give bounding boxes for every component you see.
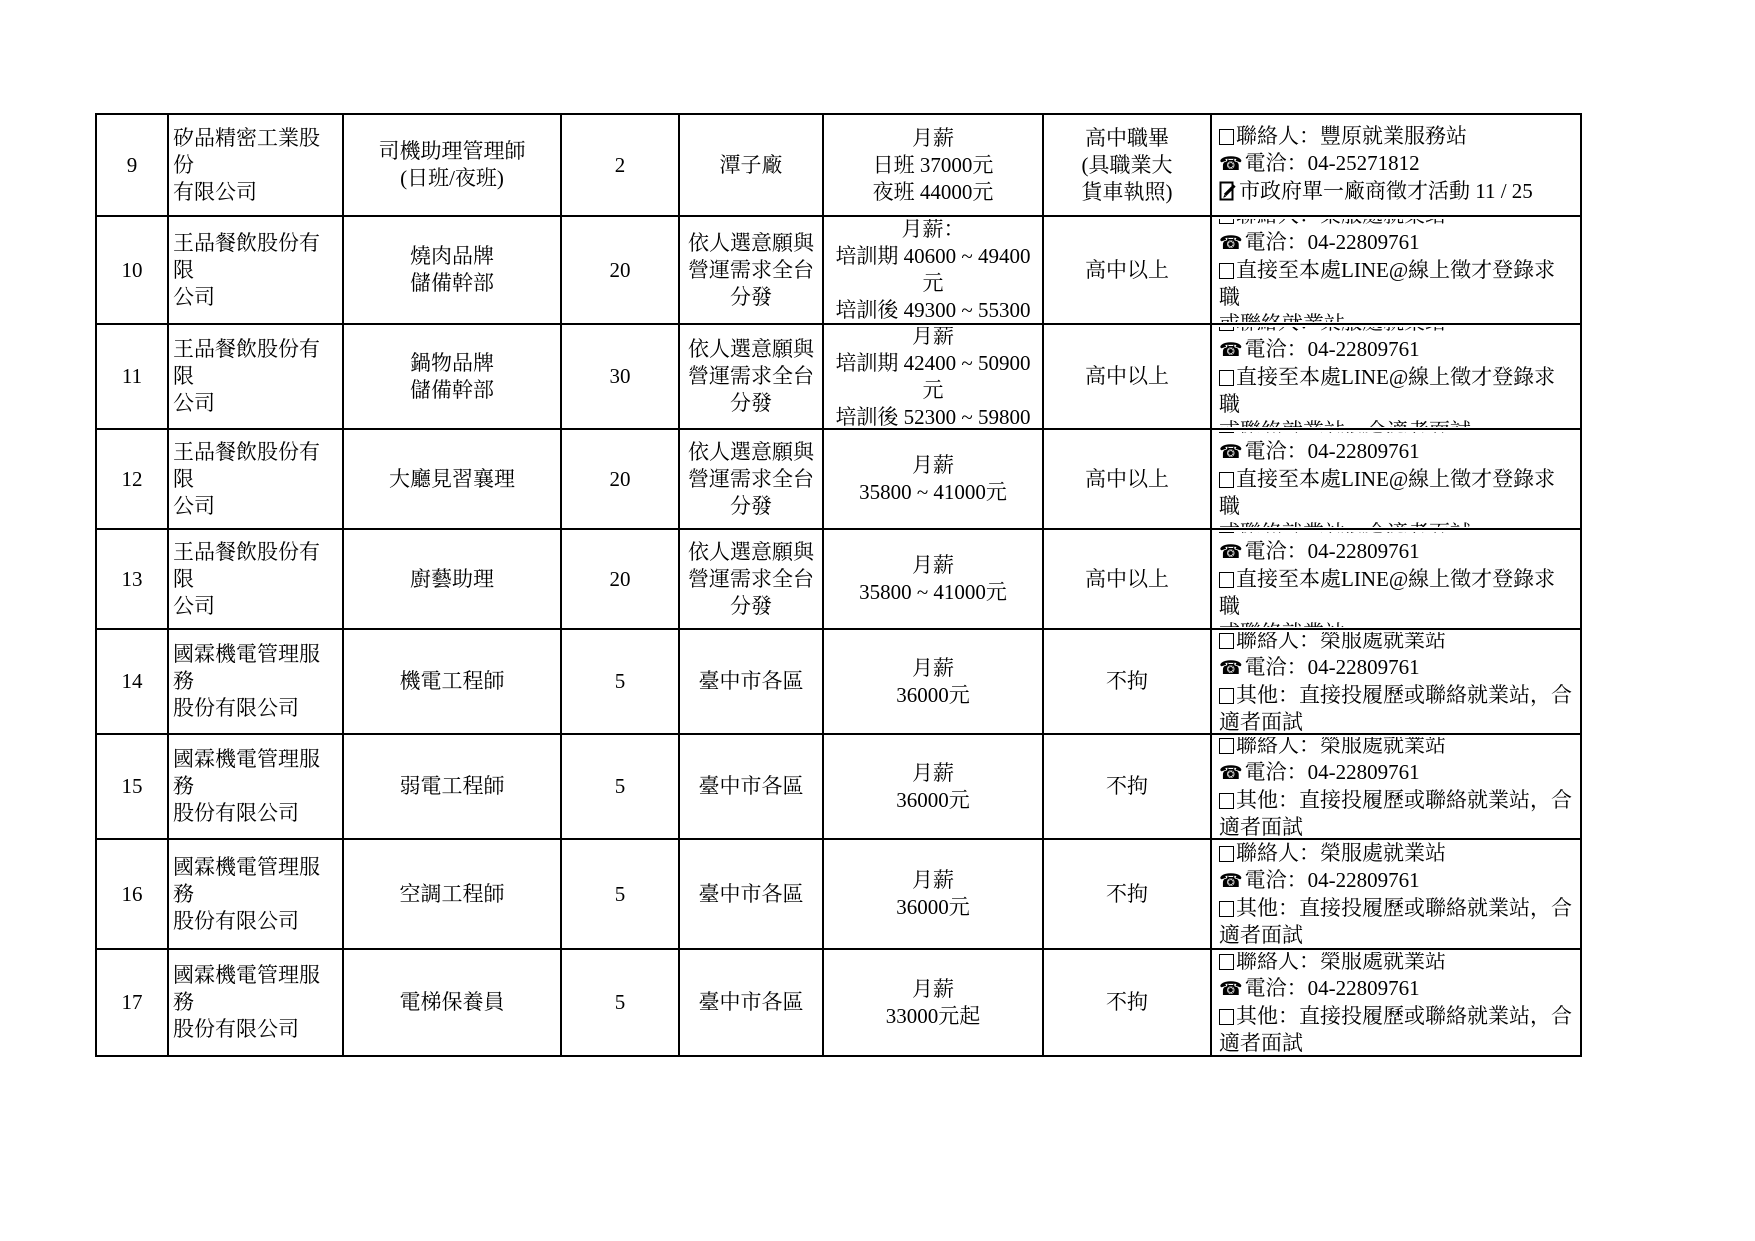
- cell-openings-count-text: 5: [615, 989, 626, 1016]
- cell-work-location: 臺中市各區: [679, 734, 823, 839]
- cell-salary-text: 月薪 36000元: [896, 760, 970, 814]
- contact-line: 聯絡人：榮服處就業站: [1219, 219, 1446, 230]
- contact-line-text: 聯絡人：榮服處就業站: [1236, 327, 1446, 334]
- table-row: 15國霖機電管理服務 股份有限公司弱電工程師5臺中市各區月薪 36000元不拘聯…: [96, 734, 1581, 839]
- contact-line: 聯絡人：榮服處就業站: [1219, 632, 1446, 655]
- contact-line-text: 市政府單一廠商徵才活動 11 / 25: [1239, 179, 1533, 203]
- cell-contact-info: 聯絡人：榮服處就業站☎電洽：04-22809761其他：直接投履歷或聯絡就業站，…: [1211, 629, 1581, 734]
- phone-icon: ☎: [1219, 541, 1243, 563]
- cell-salary-text: 月薪 36000元: [896, 655, 970, 709]
- cell-work-location-text: 臺中市各區: [699, 881, 804, 908]
- cell-salary: 月薪 培訓期 42400 ~ 50900 元 培訓後 52300 ~ 59800: [823, 324, 1043, 429]
- contact-line-text: 聯絡人：榮服處就業站: [1236, 219, 1446, 228]
- cell-work-location-text: 臺中市各區: [699, 668, 804, 695]
- checkbox-icon: [1219, 846, 1234, 862]
- table-row: 12王品餐飲股份有限 公司大廳見習襄理20依人選意願與 營運需求全台 分發月薪 …: [96, 429, 1581, 529]
- contact-line-text: 電洽：04-22809761: [1245, 760, 1420, 784]
- contact-line: 其他：直接投履歷或聯絡就業站，合 適者面試: [1219, 787, 1572, 837]
- checkbox-icon: [1219, 633, 1234, 649]
- phone-icon: ☎: [1219, 978, 1243, 1000]
- contact-line-text: 其他：直接投履歷或聯絡就業站，合 適者面試: [1219, 683, 1572, 732]
- cell-openings-count-text: 20: [610, 566, 631, 593]
- contact-line-text: 其他：直接投履歷或聯絡就業站，合 適者面試: [1219, 1004, 1572, 1054]
- contact-line: ☎電洽：04-22809761: [1219, 438, 1420, 466]
- cell-work-location-text: 潭子廠: [720, 152, 783, 179]
- cell-row-number-text: 16: [122, 881, 143, 908]
- cell-openings-count-text: 5: [615, 881, 626, 908]
- cell-contact-info: 聯絡人：榮服處就業站☎電洽：04-22809761其他：直接投履歷或聯絡就業站，…: [1211, 839, 1581, 949]
- contact-line: 直接至本處LINE@線上徵才登錄求職 或聯絡就業站。: [1219, 257, 1573, 322]
- cell-openings-count-text: 30: [610, 363, 631, 390]
- contact-line: 其他：直接投履歷或聯絡就業站，合 適者面試: [1219, 1003, 1572, 1054]
- contact-line: ☎電洽：04-25271812: [1219, 150, 1420, 178]
- cell-job-title: 司機助理管理師 (日班/夜班): [343, 114, 561, 216]
- cell-row-number: 12: [96, 429, 168, 529]
- contact-line-text: 電洽：04-22809761: [1245, 439, 1420, 463]
- contact-line: ☎電洽：04-22809761: [1219, 867, 1420, 895]
- cell-contact-info: 聯絡人：榮服處就業站☎電洽：04-22809761直接至本處LINE@線上徵才登…: [1211, 429, 1581, 529]
- contact-line-text: 直接至本處LINE@線上徵才登錄求職 或聯絡就業站，合適者面試: [1219, 365, 1555, 427]
- contact-line: ☎電洽：04-22809761: [1219, 654, 1420, 682]
- cell-education-requirement-text: 高中以上: [1085, 566, 1169, 593]
- cell-work-location: 依人選意願與 營運需求全台 分發: [679, 529, 823, 629]
- cell-company-name: 王品餐飲股份有限 公司: [168, 324, 343, 429]
- table-row: 13王品餐飲股份有限 公司廚藝助理20依人選意願與 營運需求全台 分發月薪 35…: [96, 529, 1581, 629]
- cell-salary: 月薪 36000元: [823, 839, 1043, 949]
- cell-row-number-text: 15: [122, 773, 143, 800]
- cell-salary: 月薪 日班 37000元 夜班 44000元: [823, 114, 1043, 216]
- contact-line-text: 電洽：04-22809761: [1245, 539, 1420, 563]
- contact-line-text: 其他：直接投履歷或聯絡就業站，合 適者面試: [1219, 896, 1572, 947]
- cell-education-requirement: 不拘: [1043, 629, 1211, 734]
- checkbox-icon: [1219, 954, 1234, 970]
- cell-job-title-text: 大廳見習襄理: [389, 466, 515, 493]
- contact-line: 聯絡人：榮服處就業站: [1219, 327, 1446, 336]
- contact-line-text: 聯絡人：豐原就業服務站: [1236, 124, 1467, 148]
- cell-work-location-text: 依人選意願與 營運需求全台 分發: [688, 439, 814, 520]
- cell-salary-text: 月薪 36000元: [896, 867, 970, 921]
- cell-openings-count: 20: [561, 216, 679, 324]
- cell-education-requirement-text: 不拘: [1106, 668, 1148, 695]
- contact-line-text: 電洽：04-25271812: [1245, 151, 1420, 175]
- cell-company-name-text: 國霖機電管理服務 股份有限公司: [173, 746, 338, 827]
- contact-line: ☎電洽：04-22809761: [1219, 759, 1420, 787]
- cell-contact-info: 聯絡人：榮服處就業站☎電洽：04-22809761其他：直接投履歷或聯絡就業站，…: [1211, 734, 1581, 839]
- cell-row-number-text: 12: [122, 466, 143, 493]
- table-row: 14國霖機電管理服務 股份有限公司機電工程師5臺中市各區月薪 36000元不拘聯…: [96, 629, 1581, 734]
- checkbox-icon: [1219, 370, 1234, 386]
- contact-line-text: 聯絡人：榮服處就業站: [1236, 842, 1446, 865]
- cell-openings-count-text: 5: [615, 668, 626, 695]
- cell-company-name: 王品餐飲股份有限 公司: [168, 529, 343, 629]
- cell-education-requirement: 高中以上: [1043, 216, 1211, 324]
- contact-line-text: 電洽：04-22809761: [1245, 337, 1420, 361]
- checkbox-icon: [1219, 793, 1234, 809]
- cell-salary-text: 月薪 35800 ~ 41000元: [859, 552, 1007, 606]
- contact-line-text: 聯絡人：榮服處就業站: [1236, 432, 1446, 437]
- cell-company-name-text: 王品餐飲股份有限 公司: [173, 336, 338, 417]
- checkbox-icon: [1219, 327, 1234, 331]
- cell-company-name-text: 國霖機電管理服務 股份有限公司: [173, 854, 338, 935]
- contact-line-text: 直接至本處LINE@線上徵才登錄求職 或聯絡就業站: [1219, 567, 1555, 627]
- contact-line-text: 電洽：04-22809761: [1245, 976, 1420, 1000]
- phone-icon: ☎: [1219, 339, 1243, 361]
- contact-line-text: 電洽：04-22809761: [1245, 655, 1420, 679]
- cell-salary-text: 月薪 35800 ~ 41000元: [859, 452, 1007, 506]
- cell-row-number: 14: [96, 629, 168, 734]
- cell-job-title-text: 燒肉品牌 儲備幹部: [410, 243, 494, 297]
- cell-work-location: 潭子廠: [679, 114, 823, 216]
- cell-company-name: 矽品精密工業股份 有限公司: [168, 114, 343, 216]
- cell-contact-info: 聯絡人：榮服處就業站☎電洽：04-22809761直接至本處LINE@線上徵才登…: [1211, 324, 1581, 429]
- checkbox-icon: [1219, 129, 1234, 145]
- contact-line: 其他：直接投履歷或聯絡就業站，合 適者面試: [1219, 895, 1572, 947]
- table-row: 9矽品精密工業股份 有限公司司機助理管理師 (日班/夜班)2潭子廠月薪 日班 3…: [96, 114, 1581, 216]
- cell-row-number: 11: [96, 324, 168, 429]
- cell-contact-info: 聯絡人：榮服處就業站☎電洽：04-22809761直接至本處LINE@線上徵才登…: [1211, 529, 1581, 629]
- cell-row-number: 16: [96, 839, 168, 949]
- cell-salary-text: 月薪 日班 37000元 夜班 44000元: [873, 125, 994, 206]
- cell-work-location-text: 依人選意願與 營運需求全台 分發: [688, 230, 814, 311]
- cell-openings-count: 5: [561, 949, 679, 1056]
- phone-icon: ☎: [1219, 441, 1243, 463]
- checkbox-icon: [1219, 901, 1234, 917]
- contact-line: 直接至本處LINE@線上徵才登錄求職 或聯絡就業站，合適者面試: [1219, 466, 1573, 527]
- cell-row-number-text: 9: [127, 152, 138, 179]
- cell-row-number-text: 17: [122, 989, 143, 1016]
- cell-company-name: 國霖機電管理服務 股份有限公司: [168, 629, 343, 734]
- cell-row-number: 15: [96, 734, 168, 839]
- phone-icon: ☎: [1219, 657, 1243, 679]
- document-page: 9矽品精密工業股份 有限公司司機助理管理師 (日班/夜班)2潭子廠月薪 日班 3…: [0, 0, 1755, 1241]
- cell-job-title-text: 司機助理管理師 (日班/夜班): [379, 138, 526, 192]
- cell-job-title-text: 電梯保養員: [400, 989, 505, 1016]
- cell-work-location-text: 依人選意願與 營運需求全台 分發: [688, 336, 814, 417]
- cell-openings-count: 5: [561, 734, 679, 839]
- cell-education-requirement-text: 高中以上: [1085, 257, 1169, 284]
- contact-line: 直接至本處LINE@線上徵才登錄求職 或聯絡就業站，合適者面試: [1219, 364, 1573, 427]
- cell-job-title: 大廳見習襄理: [343, 429, 561, 529]
- cell-education-requirement: 高中以上: [1043, 429, 1211, 529]
- cell-openings-count: 30: [561, 324, 679, 429]
- cell-contact-info: 聯絡人：榮服處就業站☎電洽：04-22809761其他：直接投履歷或聯絡就業站，…: [1211, 949, 1581, 1056]
- contact-line: 聯絡人：榮服處就業站: [1219, 737, 1446, 760]
- cell-company-name-text: 國霖機電管理服務 股份有限公司: [173, 641, 338, 722]
- contact-line-text: 聯絡人：榮服處就業站: [1236, 532, 1446, 537]
- checkbox-icon: [1219, 572, 1234, 588]
- cell-company-name-text: 王品餐飲股份有限 公司: [173, 539, 338, 620]
- contact-line-text: 聯絡人：榮服處就業站: [1236, 632, 1446, 653]
- contact-line: 其他：直接投履歷或聯絡就業站，合 適者面試: [1219, 682, 1572, 732]
- cell-job-title: 鍋物品牌 儲備幹部: [343, 324, 561, 429]
- cell-job-title-text: 廚藝助理: [410, 566, 494, 593]
- checkbox-icon: [1219, 532, 1234, 534]
- cell-education-requirement-text: 高中以上: [1085, 363, 1169, 390]
- table-row: 10王品餐飲股份有限 公司燒肉品牌 儲備幹部20依人選意願與 營運需求全台 分發…: [96, 216, 1581, 324]
- contact-line: 市政府單一廠商徵才活動 11 / 25: [1219, 178, 1533, 208]
- contact-line-text: 聯絡人：榮服處就業站: [1236, 952, 1446, 974]
- cell-company-name-text: 矽品精密工業股份 有限公司: [173, 125, 338, 206]
- cell-job-title: 弱電工程師: [343, 734, 561, 839]
- cell-work-location: 臺中市各區: [679, 839, 823, 949]
- cell-education-requirement: 不拘: [1043, 734, 1211, 839]
- checkbox-icon: [1219, 1009, 1234, 1025]
- cell-company-name: 國霖機電管理服務 股份有限公司: [168, 734, 343, 839]
- contact-line: ☎電洽：04-22809761: [1219, 975, 1420, 1003]
- cell-education-requirement-text: 高中以上: [1085, 466, 1169, 493]
- cell-job-title-text: 空調工程師: [400, 881, 505, 908]
- cell-work-location: 依人選意願與 營運需求全台 分發: [679, 429, 823, 529]
- cell-salary: 月薪 35800 ~ 41000元: [823, 429, 1043, 529]
- cell-job-title-text: 弱電工程師: [400, 773, 505, 800]
- checkbox-icon: [1219, 738, 1234, 754]
- checkbox-icon: [1219, 432, 1234, 434]
- cell-openings-count: 20: [561, 429, 679, 529]
- table-row: 16國霖機電管理服務 股份有限公司空調工程師5臺中市各區月薪 36000元不拘聯…: [96, 839, 1581, 949]
- cell-openings-count: 5: [561, 629, 679, 734]
- cell-company-name-text: 王品餐飲股份有限 公司: [173, 230, 338, 311]
- cell-work-location-text: 臺中市各區: [699, 773, 804, 800]
- job-listing-table: 9矽品精密工業股份 有限公司司機助理管理師 (日班/夜班)2潭子廠月薪 日班 3…: [95, 113, 1582, 1057]
- contact-line: 直接至本處LINE@線上徵才登錄求職 或聯絡就業站: [1219, 566, 1573, 627]
- contact-line-text: 其他：直接投履歷或聯絡就業站，合 適者面試: [1219, 788, 1572, 837]
- cell-company-name: 國霖機電管理服務 股份有限公司: [168, 949, 343, 1056]
- cell-job-title-text: 機電工程師: [400, 668, 505, 695]
- cell-education-requirement-text: 不拘: [1106, 881, 1148, 908]
- cell-salary-text: 月薪： 培訓期 40600 ~ 49400 元 培訓後 49300 ~ 5530…: [835, 219, 1030, 322]
- cell-salary: 月薪 36000元: [823, 629, 1043, 734]
- contact-line: 聯絡人：榮服處就業站: [1219, 952, 1446, 976]
- cell-row-number-text: 10: [122, 257, 143, 284]
- checkbox-icon: [1219, 688, 1234, 704]
- table-row: 11王品餐飲股份有限 公司鍋物品牌 儲備幹部30依人選意願與 營運需求全台 分發…: [96, 324, 1581, 429]
- cell-education-requirement-text: 高中職畢 (具職業大 貨車執照): [1082, 125, 1173, 206]
- cell-company-name: 王品餐飲股份有限 公司: [168, 216, 343, 324]
- contact-line: 聯絡人：榮服處就業站: [1219, 842, 1446, 867]
- cell-work-location: 臺中市各區: [679, 949, 823, 1056]
- cell-education-requirement: 高中職畢 (具職業大 貨車執照): [1043, 114, 1211, 216]
- contact-line: 聯絡人：豐原就業服務站: [1219, 123, 1467, 150]
- cell-job-title: 電梯保養員: [343, 949, 561, 1056]
- cell-salary: 月薪 35800 ~ 41000元: [823, 529, 1043, 629]
- contact-line-text: 聯絡人：榮服處就業站: [1236, 737, 1446, 758]
- cell-work-location-text: 臺中市各區: [699, 989, 804, 1016]
- contact-line: ☎電洽：04-22809761: [1219, 229, 1420, 257]
- cell-company-name: 王品餐飲股份有限 公司: [168, 429, 343, 529]
- cell-education-requirement-text: 不拘: [1106, 773, 1148, 800]
- cell-education-requirement-text: 不拘: [1106, 989, 1148, 1016]
- checkbox-icon: [1219, 219, 1234, 225]
- cell-row-number: 13: [96, 529, 168, 629]
- cell-openings-count-text: 20: [610, 257, 631, 284]
- cell-openings-count: 2: [561, 114, 679, 216]
- cell-company-name: 國霖機電管理服務 股份有限公司: [168, 839, 343, 949]
- cell-openings-count: 5: [561, 839, 679, 949]
- cell-education-requirement: 不拘: [1043, 839, 1211, 949]
- phone-icon: ☎: [1219, 762, 1243, 784]
- cell-openings-count-text: 5: [615, 773, 626, 800]
- cell-row-number-text: 14: [122, 668, 143, 695]
- table-row: 17國霖機電管理服務 股份有限公司電梯保養員5臺中市各區月薪 33000元起不拘…: [96, 949, 1581, 1056]
- phone-icon: ☎: [1219, 232, 1243, 254]
- cell-salary-text: 月薪 33000元起: [886, 976, 981, 1030]
- cell-job-title: 機電工程師: [343, 629, 561, 734]
- cell-openings-count: 20: [561, 529, 679, 629]
- cell-contact-info: 聯絡人：豐原就業服務站☎電洽：04-25271812市政府單一廠商徵才活動 11…: [1211, 114, 1581, 216]
- cell-openings-count-text: 20: [610, 466, 631, 493]
- cell-work-location-text: 依人選意願與 營運需求全台 分發: [688, 539, 814, 620]
- cell-row-number-text: 11: [122, 363, 142, 390]
- phone-icon: ☎: [1219, 153, 1243, 175]
- cell-openings-count-text: 2: [615, 152, 626, 179]
- contact-line-text: 直接至本處LINE@線上徵才登錄求職 或聯絡就業站，合適者面試: [1219, 467, 1555, 527]
- contact-line-text: 電洽：04-22809761: [1245, 230, 1420, 254]
- cell-job-title: 廚藝助理: [343, 529, 561, 629]
- cell-job-title-text: 鍋物品牌 儲備幹部: [410, 350, 494, 404]
- cell-salary-text: 月薪 培訓期 42400 ~ 50900 元 培訓後 52300 ~ 59800: [835, 327, 1030, 427]
- cell-salary: 月薪： 培訓期 40600 ~ 49400 元 培訓後 49300 ~ 5530…: [823, 216, 1043, 324]
- job-table-body: 9矽品精密工業股份 有限公司司機助理管理師 (日班/夜班)2潭子廠月薪 日班 3…: [96, 114, 1581, 1056]
- contact-line-text: 直接至本處LINE@線上徵才登錄求職 或聯絡就業站。: [1219, 258, 1555, 322]
- phone-icon: ☎: [1219, 870, 1243, 892]
- cell-work-location: 臺中市各區: [679, 629, 823, 734]
- memo-pencil-icon: [1219, 181, 1237, 208]
- cell-salary: 月薪 33000元起: [823, 949, 1043, 1056]
- contact-line: ☎電洽：04-22809761: [1219, 538, 1420, 566]
- cell-education-requirement: 高中以上: [1043, 529, 1211, 629]
- cell-job-title: 燒肉品牌 儲備幹部: [343, 216, 561, 324]
- cell-row-number: 17: [96, 949, 168, 1056]
- cell-salary: 月薪 36000元: [823, 734, 1043, 839]
- checkbox-icon: [1219, 472, 1234, 488]
- cell-row-number-text: 13: [122, 566, 143, 593]
- cell-education-requirement: 高中以上: [1043, 324, 1211, 429]
- cell-company-name-text: 國霖機電管理服務 股份有限公司: [173, 962, 338, 1043]
- contact-line: ☎電洽：04-22809761: [1219, 336, 1420, 364]
- checkbox-icon: [1219, 263, 1234, 279]
- cell-work-location: 依人選意願與 營運需求全台 分發: [679, 216, 823, 324]
- cell-row-number: 9: [96, 114, 168, 216]
- cell-company-name-text: 王品餐飲股份有限 公司: [173, 439, 338, 520]
- cell-education-requirement: 不拘: [1043, 949, 1211, 1056]
- cell-contact-info: 聯絡人：榮服處就業站☎電洽：04-22809761直接至本處LINE@線上徵才登…: [1211, 216, 1581, 324]
- cell-job-title: 空調工程師: [343, 839, 561, 949]
- cell-row-number: 10: [96, 216, 168, 324]
- cell-work-location: 依人選意願與 營運需求全台 分發: [679, 324, 823, 429]
- contact-line-text: 電洽：04-22809761: [1245, 868, 1420, 892]
